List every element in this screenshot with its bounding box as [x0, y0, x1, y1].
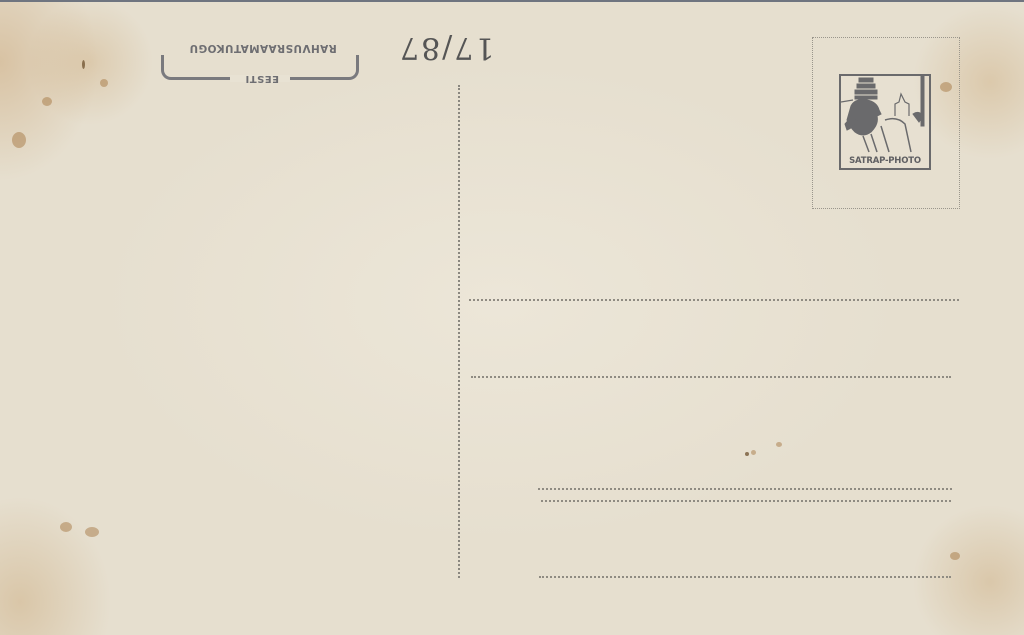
- address-line-1: [469, 299, 959, 301]
- stain: [42, 97, 52, 106]
- inventory-number: 17/87: [398, 30, 494, 65]
- publisher-stamp: SATRAP-PHOTO: [839, 74, 931, 170]
- stain: [82, 60, 85, 69]
- stain: [776, 442, 782, 447]
- postcard-back: EESTI RAHVUSRAAMATUKOGU 17/87: [0, 0, 1024, 635]
- stain: [745, 452, 749, 456]
- address-line-3: [538, 488, 952, 490]
- address-line-2: [471, 376, 951, 378]
- stain: [950, 552, 960, 560]
- stamp-line-top: EESTI: [237, 73, 287, 84]
- stain: [85, 527, 99, 537]
- address-line-4: [541, 500, 951, 502]
- satrap-figure-icon: [841, 76, 929, 156]
- stain: [100, 79, 108, 87]
- message-address-divider: [458, 85, 460, 578]
- address-line-5: [539, 576, 951, 578]
- stain: [751, 450, 756, 455]
- stain: [12, 132, 26, 148]
- stain: [60, 522, 72, 532]
- publisher-label: SATRAP-PHOTO: [841, 156, 929, 166]
- stamp-line-bottom: RAHVUSRAAMATUKOGU: [165, 42, 361, 54]
- library-stamp: EESTI RAHVUSRAAMATUKOGU: [165, 32, 361, 80]
